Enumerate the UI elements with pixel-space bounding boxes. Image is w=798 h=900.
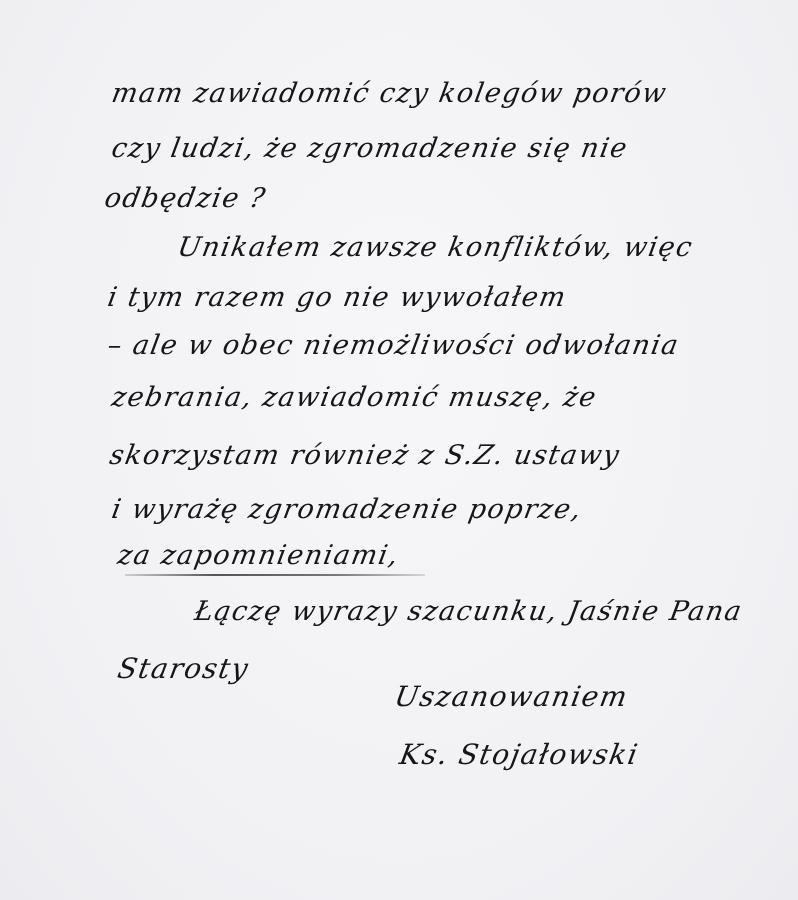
signature-line-2: Ks. Stojałowski: [397, 738, 641, 771]
letter-line-8: skorzystam również z S.Z. ustawy: [107, 440, 622, 471]
letter-line-3: odbędzie ?: [102, 183, 268, 214]
letter-line-9: i wyrażę zgromadzenie poprze,: [109, 494, 584, 525]
scanned-page: mam zawiadomić czy kolegów porów czy lud…: [0, 0, 798, 900]
underline-stroke: [125, 574, 425, 576]
letter-line-5: i tym razem go nie wywołałem: [105, 282, 569, 313]
letter-line-7: zebrania, zawiadomić muszę, że: [109, 382, 599, 413]
closing-line: Łączę wyrazy szacunku, Jaśnie Pana: [192, 596, 745, 627]
letter-line-1: mam zawiadomić czy kolegów porów: [109, 78, 669, 109]
letter-line-10: za zapomnieniami,: [115, 540, 401, 571]
letter-line-6: – ale w obec niemożliwości odwołania: [105, 330, 682, 361]
addressee: Starosty: [115, 652, 252, 685]
letter-line-4: Unikałem zawsze konfliktów, więc: [175, 232, 695, 263]
letter-line-2: czy ludzi, że zgromadzenie się nie: [109, 133, 630, 164]
signature-line-1: Uszanowaniem: [392, 680, 631, 713]
